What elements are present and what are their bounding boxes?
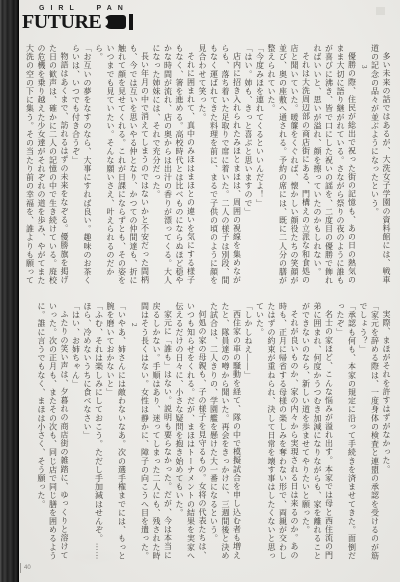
page-number: 40	[20, 563, 31, 573]
scene-number: 3	[358, 44, 370, 290]
text-column-paragraph: 「お互いの夢をなすのなら、大事にすれば良い。趣味のお茶くらいは、いつでも付き合う…	[70, 44, 93, 290]
text-column-paragraph: 「いやあ、姉さんには敵わないなあ。次の選手権までには、もっと腕を磨いておかないと…	[105, 302, 128, 560]
text-column-paragraph: 名士の家ほど、こんな悩みが溢れ出す。本家では母と西住流の門弟に囲まれ、何度かうつ…	[300, 302, 335, 560]
text-column-paragraph: 「家元を辞める際は、一度身体の検査と連盟の承認を受けるのが筋でしょう？」	[358, 302, 381, 560]
text-column-paragraph: それが良いものか、家の内々から実現される日は来るのか。あの時も、正月に帰省する母…	[254, 302, 300, 560]
chapter-header-logo: GIRL PAN FUTURE	[22, 5, 133, 31]
text-block-top: 多い未来の話ではあるが、大洗女子学園の資料館には、戦車道の記念の品々が並ぶように…	[25, 44, 392, 290]
text-column-paragraph: 「ふむ、それは楽しみにしておこう。ただし手加減はせんぞ。……ほら、冷めないうちに…	[82, 302, 105, 560]
title-row: FUTURE	[22, 13, 133, 31]
text-column-paragraph: ふたりの笑い声は、夕暮れの商店街の雑踏に、ゆっくりと溶けていった。次の正月も、ま…	[36, 302, 71, 560]
paper-smudge	[376, 7, 385, 15]
text-column-paragraph: 優勝の際、住民が総出で祝った街の記憶も、あの日の熱気のまま大切に語り継がれている…	[312, 44, 358, 290]
scene-number: 2	[128, 302, 140, 560]
logo-bar-icon	[129, 14, 133, 30]
text-column-paragraph: それは大洗周辺部の商店街にある、門構えの立派な和食処の店と聞いていた。暖簾をくぐ…	[266, 44, 312, 290]
text-column-paragraph: 「今度みほを連れてくるといいんだよ！」	[254, 44, 266, 290]
scanned-book-page: GIRL PAN FUTURE 多い未来の話ではあるが、大洗女子学園の資料館には…	[0, 0, 400, 582]
book-binding-shadow	[0, 0, 19, 582]
text-column-paragraph: 多い未来の話ではあるが、大洗女子学園の資料館には、戦車道の記念の品々が並ぶように…	[369, 44, 392, 290]
text-column-paragraph: 実際、まほがそれを許すはずがなかった。	[381, 302, 393, 560]
text-column-paragraph: 何処の家の母親も、子の様子を見守るもの。女将の代表たちは、いつも知らせをくれる。…	[174, 302, 209, 560]
title-text: FUTURE	[22, 13, 101, 31]
text-column-paragraph: 長い年月の中で消えてしまうのではないかと不安だった間柄も、今では互いを思いやる仲…	[93, 44, 151, 290]
text-column-paragraph: 「承認も何も、本家の規定に沿って手続きを済ませてきた。面倒だったぞ」	[335, 302, 358, 560]
text-column-paragraph: 「しかしねえ――」	[243, 302, 255, 560]
text-block-bottom: 実際、まほがそれを許すはずがなかった。「家元を辞める際は、一度身体の検査と連盟の…	[25, 302, 392, 560]
text-column-paragraph: 西住家の車の騒動を経て、隊の中で模擬試合を申し込む者も増えたと、隊員達の噂から聞…	[208, 302, 243, 560]
text-column-paragraph: 店内に招き入れられたみほとまほは、周囲の視線を集めながらも、落ち着いた足取りで席…	[197, 44, 243, 290]
text-column-paragraph: 「はい、お姉ちゃん」	[70, 302, 82, 560]
text-column-paragraph: それに囲まれて、真中のみほはまほとの違いを気にする様子もなく、箸を進める。高校時…	[151, 44, 197, 290]
text-column-paragraph: 「はい。姉も、きっと喜ぶと思いますので」	[243, 44, 255, 290]
tank-silhouette-icon	[104, 15, 126, 29]
text-column-paragraph: 物語はあくまで、訪れるはずの未来をなぞる。優勝旗を掲げた日の歓声は、確かに二人の…	[25, 44, 70, 290]
text-column-paragraph: 家元に「誰も」はない。説明も要らなかった。だが、今は本当に戻るしかない。手順はあ…	[139, 302, 174, 560]
